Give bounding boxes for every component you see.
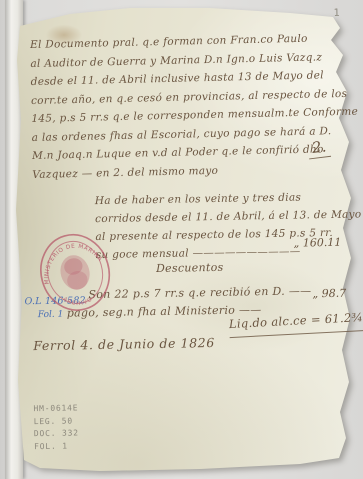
archive-pencil-codes: HM-0614E LEG. 50 DOC. 332 FOL. 1 <box>33 402 79 453</box>
margin-figure-2: 2. <box>307 137 332 160</box>
archive-code-line: FOL. 1 <box>34 440 79 453</box>
descuentos-amount: „ 98.7 <box>312 287 346 301</box>
pencil-page-number: 1 <box>333 8 339 19</box>
archive-code-line: HM-0614E <box>33 402 78 415</box>
archive-code-line: LEG. 50 <box>34 415 79 428</box>
liquido-label: Liq.do alc.ce <box>229 313 308 331</box>
haber-amount: „ 160.11 <box>293 236 341 250</box>
liquido-amount: = 61.2¾ <box>311 310 363 327</box>
descuentos-heading: Descuentos <box>156 259 224 279</box>
date-line: Ferrol 4. de Junio de 1826 <box>33 334 215 356</box>
archive-code-line: DOC. 332 <box>34 427 79 440</box>
page-content: 1 El Documento pral. q.e forman con Fran… <box>0 0 363 479</box>
main-paragraph: El Documento pral. q.e forman con Fran.c… <box>30 30 353 184</box>
haber-paragraph: Ha de haber en los veinte y tres dias co… <box>95 188 346 264</box>
